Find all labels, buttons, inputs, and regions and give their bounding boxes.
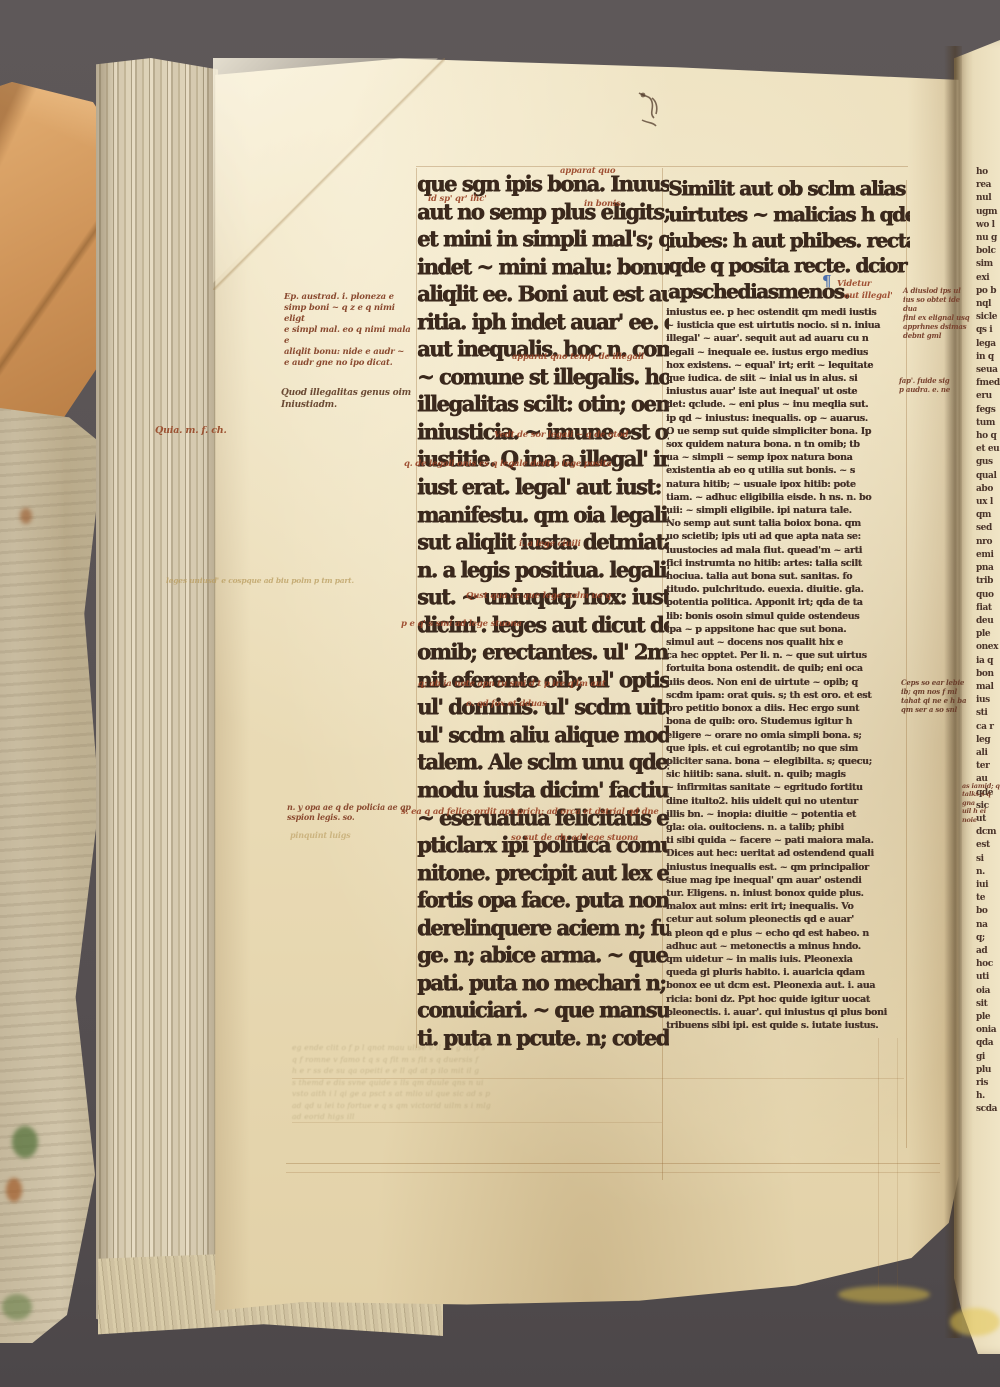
manuscript-line: Similit aut ob sclm alias	[668, 176, 910, 202]
facing-page-line: q;	[976, 932, 1000, 945]
facing-page-line: scda	[976, 1103, 1000, 1116]
facing-page-line: tum	[976, 417, 1000, 430]
facing-page-line: et eu	[976, 443, 1000, 456]
ghost-line: eg ende clit o f p l qnot mau ulise v ll…	[292, 1042, 660, 1054]
ruling-line	[286, 1163, 940, 1164]
manuscript-line: iubes: h aut phibes. recta	[668, 228, 910, 254]
facing-page-line: wo l	[976, 219, 1000, 232]
manuscript-line: conuiciari. ~ que mansue	[417, 996, 669, 1024]
manuscript-line: tur. Eligens. n. iniust bonox quide plus…	[666, 887, 912, 900]
facing-page-line: ia q	[976, 655, 1000, 668]
manuscript-line: scdm ipam: orat quis. s; th est oro. et …	[666, 689, 912, 702]
manuscript-line: tribuens sibi ipi. est quide s. iutate i…	[666, 1019, 912, 1032]
manuscript-line: bonox ee ut dcm est. Pleonexia aut. i. a…	[666, 979, 912, 992]
manuscript-line: ritia. iph indet auar' ee. e	[417, 308, 669, 336]
facing-page-line: ali	[976, 747, 1000, 760]
ghost-line: q f romne v famo t q s q fit m s fit s q…	[292, 1054, 660, 1066]
facing-page-line: quo	[976, 589, 1000, 602]
manuscript-line: derelinquere aciem n; fu	[417, 914, 669, 942]
manuscript-line: nociua. talia aut bona sut. sanitas. fo	[666, 570, 912, 583]
stain-spot	[950, 1308, 1000, 1336]
manuscript-line: illegal' ~ auar'. sequit aut ad auaru cu…	[666, 332, 912, 345]
ruling-line	[897, 1038, 898, 1290]
manuscript-line: Dices aut hec: ueritat ad ostendend qual…	[666, 847, 912, 860]
manuscript-line: qde q posita recte. dcior au	[668, 253, 910, 279]
manuscript-line: iniustus auar' iste aut inequal' ut oste	[666, 385, 912, 398]
fold-crease-line	[213, 58, 445, 290]
manuscript-line: aut no semp plus eligits;	[417, 198, 669, 226]
facing-page-line: onia	[976, 1024, 1000, 1037]
stain-spot	[2, 1294, 32, 1320]
manuscript-line: gla: oia. ouitociens. n. a talib; phibi	[666, 821, 912, 834]
manuscript-line: ul' scdm aliu alique mod'	[417, 721, 669, 749]
facing-page-line: pna	[976, 562, 1000, 575]
page-edge-stack	[96, 58, 218, 1334]
facing-page-line: nul	[976, 192, 1000, 205]
facing-page-line: sed	[976, 522, 1000, 535]
stain-spot	[12, 1126, 38, 1158]
facing-page-line: in q	[976, 351, 1000, 364]
manuscript-line: tiam. ~ adhuc eligibilia eisde. h ns. n.…	[666, 491, 912, 504]
manuscript-line: pleonectis. i. auar'. qui iniustus qi pl…	[666, 1006, 912, 1019]
manuscript-line: ip qd ~ iniustus: inequalis. op ~ auarus…	[666, 412, 912, 425]
manuscript-line: sut aliqlit iusta. detmiata	[417, 528, 669, 556]
paraph-mark: ¶	[822, 272, 832, 290]
facing-page-line: rea	[976, 179, 1000, 192]
facing-page-line: qda	[976, 1037, 1000, 1050]
stain-spot	[838, 1286, 930, 1303]
facing-page-line: bon	[976, 668, 1000, 681]
facing-page-line: au	[976, 773, 1000, 786]
facing-page-line: ugm	[976, 206, 1000, 219]
facing-page-line: ter	[976, 760, 1000, 773]
facing-page-line: emi	[976, 549, 1000, 562]
manuscript-line: et mini in simpli mal's; qm	[417, 225, 669, 253]
manuscript-line: sox quidem natura bona. n tn omib; tb	[666, 438, 912, 451]
facing-page-line: bo	[976, 905, 1000, 918]
ghost-line: vsto aith i l qi ge a psct s at mlio ul …	[292, 1088, 660, 1100]
facing-page-line: qm	[976, 509, 1000, 522]
manuscript-line: modu iusta dicim' factiua	[417, 776, 669, 804]
ink-mark	[634, 90, 664, 134]
stain-spot	[20, 508, 32, 524]
manuscript-line: pati. puta no mechari n;	[417, 969, 669, 997]
manuscript-line: n. a legis positiua. legalia	[417, 556, 669, 584]
manuscript-line: qm uidetur ~ in malis iuis. Pleonexia	[666, 953, 912, 966]
facing-page-line: ad	[976, 945, 1000, 958]
manuscript-line: natura hitib; ~ usuale ipox hitib: pote	[666, 478, 912, 491]
manuscript-photo: horeanulugmwo lnu gbolcsimexipo bnqlsicl…	[0, 0, 1000, 1387]
manuscript-line: dicim'. leges aut dicut de	[417, 611, 669, 639]
facing-page-line: lega	[976, 338, 1000, 351]
manuscript-line: oro petitio bonox a diis. Hec ergo sunt	[666, 702, 912, 715]
facing-page-line: leg	[976, 734, 1000, 747]
facing-page-line: uti	[976, 971, 1000, 984]
manuscript-line: omib; erectantes. ul' 2mu	[417, 638, 669, 666]
manuscript-line: uo scietib; ipis uti ad que apta nata se…	[666, 530, 912, 543]
manuscript-line: aliqlit ee. Boni aut est aua	[417, 280, 669, 308]
right-text-column-small: iniustus ee. p hec ostendit qm medi iust…	[666, 306, 912, 1038]
manuscript-line: apschediasmenos.	[668, 279, 910, 305]
manuscript-line: a pleon qd e plus ~ echo qd est habeo. n	[666, 927, 912, 940]
facing-page-line: nql	[976, 298, 1000, 311]
facing-page-line: te	[976, 892, 1000, 905]
left-text-column: que sgn ipis bona. Inuustaut no semp plu…	[417, 170, 669, 1058]
facing-page-line: sit	[976, 998, 1000, 1011]
right-text-column-large: Similit aut ob sclm aliasuirtutes ~ mali…	[668, 176, 910, 308]
facing-page-line: seua	[976, 364, 1000, 377]
manuscript-line: sut. ~ uniuqdq; hox: iustu ee	[417, 583, 669, 611]
manuscript-line: indet ~ mini malu: bonum	[417, 253, 669, 281]
facing-page-line: abo	[976, 483, 1000, 496]
facing-page-line: deu	[976, 615, 1000, 628]
manuscript-line: ul' dominis. ul' scdm uitute.	[417, 693, 669, 721]
manuscript-line: sic hiitib: sana. siuit. n. quib; magis	[666, 768, 912, 781]
facing-page-line: dcm	[976, 826, 1000, 839]
facing-page-line: sic	[976, 800, 1000, 813]
manuscript-line: iustitie. Q ina a illegal' in	[417, 445, 669, 473]
manuscript-line: adhuc aut ~ metonectis a minus hndo.	[666, 940, 912, 953]
stain-spot	[6, 1178, 22, 1202]
manuscript-line: que ipis. et cui egrotantib; no que sim	[666, 742, 912, 755]
manuscript-line: det: qclude. ~ eni plus ~ inu meqlia sut…	[666, 398, 912, 411]
manuscript-line: iniustus ee. p hec ostendit qm medi iust…	[666, 306, 912, 319]
ghost-text: eg ende clit o f p l qnot mau ulise v ll…	[292, 1042, 660, 1123]
ghost-line: h e r ss de su qa opeiti e e ll qd at p …	[292, 1065, 660, 1077]
facing-page-line: sicle	[976, 311, 1000, 324]
manuscript-line: uiis deos. Non eni de uirtute ~ opib; q	[666, 676, 912, 689]
manuscript-line: malox aut mins: erit irt; inequalis. Vo	[666, 900, 912, 913]
facing-page-line: gi	[976, 1051, 1000, 1064]
facing-page-line: onex	[976, 641, 1000, 654]
facing-page-line: qs i	[976, 324, 1000, 337]
facing-page-line: po b	[976, 285, 1000, 298]
facing-page-line: n.	[976, 866, 1000, 879]
facing-page-line: qual	[976, 470, 1000, 483]
manuscript-line: ~ eseruatiua felicitatis et	[417, 804, 669, 832]
facing-page-line: oia	[976, 985, 1000, 998]
manuscript-line: iuustocies ad mala fiut. quead'm ~ arti	[666, 544, 912, 557]
facing-page-line: trib	[976, 575, 1000, 588]
facing-page-line: si	[976, 853, 1000, 866]
manuscript-line: existentia ab eo q utilia sut bonis. ~ s	[666, 464, 912, 477]
manuscript-line: que sgn ipis bona. Inuust	[417, 170, 669, 198]
facing-page-line: est	[976, 839, 1000, 852]
manuscript-line: fortis opa face. puta non	[417, 886, 669, 914]
manuscript-line: aut inequalis. hoc n. comi;	[417, 335, 669, 363]
manuscript-line: ua ~ simpli ~ semp ipox natura bona	[666, 451, 912, 464]
manuscript-line: ~ comune st illegalis. hoc n.	[417, 363, 669, 391]
manuscript-line: legali ~ inequale ee. iustus ergo medius	[666, 346, 912, 359]
facing-page-line: ius	[976, 694, 1000, 707]
manuscript-line: bona de quib: oro. Studemus igitur h	[666, 715, 912, 728]
ruling-line	[878, 1038, 879, 1290]
facing-page-line: h.	[976, 1090, 1000, 1103]
facing-page-line: plu	[976, 1064, 1000, 1077]
manuscript-line: cetur aut solum pleonectis qd e auar'	[666, 913, 912, 926]
manuscript-line: fortuita bona ostendit. de quib; eni oca	[666, 662, 912, 675]
manuscript-line: lib: bonis osoin simul quide ostendeus	[666, 610, 912, 623]
facing-page-line: fegs	[976, 404, 1000, 417]
ruling-line	[416, 166, 908, 167]
manuscript-line: ge. n; abice arma. ~ que te	[417, 941, 669, 969]
facing-page-line: nro	[976, 536, 1000, 549]
ghost-line: ad eorid higs ill	[292, 1111, 660, 1123]
facing-page-line: ple	[976, 1011, 1000, 1024]
manuscript-line: ca hec opptet. Per li. n. ~ que sut uirt…	[666, 649, 912, 662]
facing-page-line: ris	[976, 1077, 1000, 1090]
facing-page-line: ho	[976, 166, 1000, 179]
facing-page-line: bolc	[976, 245, 1000, 258]
facing-page-text: horeanulugmwo lnu gbolcsimexipo bnqlsicl…	[976, 166, 1000, 1118]
facing-page-line: ut	[976, 813, 1000, 826]
manuscript-line: queda gi pluris habito. i. auaricia qdam	[666, 966, 912, 979]
manuscript-line: iniustus inequalis est. ~ qm principalio…	[666, 861, 912, 874]
manuscript-line: ~ iusticia que est uirtutis nocio. si n.…	[666, 319, 912, 332]
facing-page-line: nu g	[976, 232, 1000, 245]
manuscript-line: nitone. precipit aut lex et	[417, 859, 669, 887]
manuscript-line: uii: ~ simpli eligibile. ipi natura tale…	[666, 504, 912, 517]
facing-page-line: ho q	[976, 430, 1000, 443]
manuscript-line: uirtutes ~ malicias h qde	[668, 202, 910, 228]
manuscript-line: ti sibi quida ~ facere ~ pati maiora mal…	[666, 834, 912, 847]
ghost-line: ad qd u lei to fortue e q s qm victorid …	[292, 1100, 660, 1112]
manuscript-line: nit eferente oib; ul' optis	[417, 666, 669, 694]
manuscript-line: pticlarx ipi politica comu	[417, 831, 669, 859]
facing-page-line: hoc	[976, 958, 1000, 971]
manuscript-line: dine itulto2. hiis uidelt qui no utentur	[666, 795, 912, 808]
facing-page-line: qde	[976, 787, 1000, 800]
facing-page-line: sim	[976, 258, 1000, 271]
manuscript-line: illegalitas scilt: otin; oem	[417, 390, 669, 418]
manuscript-line: potentia politica. Apponit irt; qda de t…	[666, 596, 912, 609]
facing-page-line: gus	[976, 456, 1000, 469]
facing-page-line: exi	[976, 272, 1000, 285]
manuscript-line: fici instrumta no hitib: artes: talia sc…	[666, 557, 912, 570]
manuscript-line: illis bn. ~ inopia: diuitie ~ potentia e…	[666, 808, 912, 821]
facing-page-line: fmed	[976, 377, 1000, 390]
manuscript-line: ricia: boni dz. Ppt hoc quide igitur uoc…	[666, 993, 912, 1006]
manuscript-line: O ue semp sut quide simpliciter bona. Ip	[666, 425, 912, 438]
manuscript-line: pliciter sana. bona ~ elegibilta. s; que…	[666, 755, 912, 768]
manuscript-line: talem. Ale sclm unu qdem	[417, 748, 669, 776]
facing-page-line: ple	[976, 628, 1000, 641]
ghost-line: s themd e dis svne quide s lls qm duule …	[292, 1077, 660, 1089]
manuscript-line: manifestu. qm oia legalia	[417, 501, 669, 529]
manuscript-line: hox existens. ~ equal' irt; erit ~ lequi…	[666, 359, 912, 372]
manuscript-line: ~ infirmitas sanitate ~ egritudo fortitu	[666, 781, 912, 794]
gutter-shadow	[944, 46, 962, 1338]
facing-page-line: iui	[976, 879, 1000, 892]
manuscript-line: iniusticia. ~ imune est onis	[417, 418, 669, 446]
manuscript-line: eligere ~ orare no omia simpli bona. s;	[666, 729, 912, 742]
manuscript-line: titudo. pulchritudo. euexia. diuitie. gl…	[666, 583, 912, 596]
manuscript-line: siue mag ipe inequal' qm auar' ostendi	[666, 874, 912, 887]
manuscript-line: simul aut ~ docens nos qualit hix e	[666, 636, 912, 649]
manuscript-line: que iudica. de siit ~ inial us in alus. …	[666, 372, 912, 385]
facing-page-line: sti	[976, 707, 1000, 720]
manuscript-line: ipa ~ p appsitone hac que sut bona.	[666, 623, 912, 636]
facing-page-line: ca r	[976, 721, 1000, 734]
ruling-line	[286, 1172, 940, 1173]
facing-page-line: fiat	[976, 602, 1000, 615]
facing-page-line: na	[976, 919, 1000, 932]
facing-page-line: ux l	[976, 496, 1000, 509]
manuscript-line: iust erat. legal' aut iust:	[417, 473, 669, 501]
facing-page-line: mal	[976, 681, 1000, 694]
manuscript-line: No semp aut sunt talia boiox bona. qm	[666, 517, 912, 530]
facing-page-line: eru	[976, 390, 1000, 403]
